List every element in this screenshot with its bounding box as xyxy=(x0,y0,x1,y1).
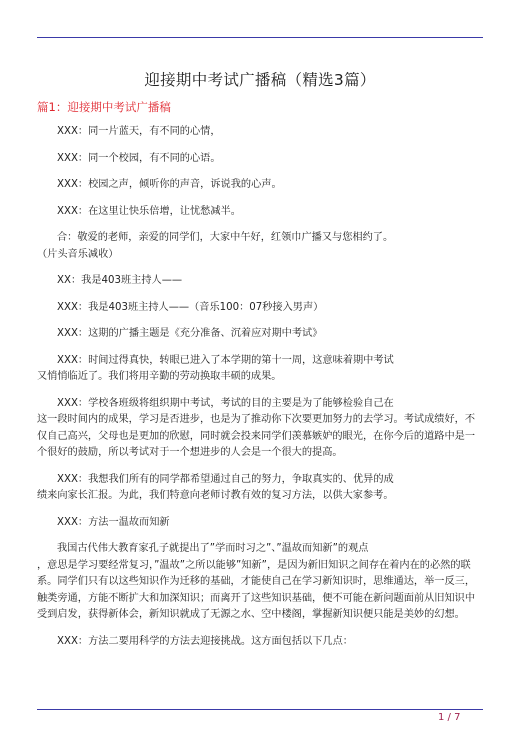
paragraph: XX：我是403班主持人—— xyxy=(37,273,484,290)
paragraph: XXX：同一片蓝天，有不同的心情， xyxy=(37,124,484,141)
paragraph: XXX：时间过得真快，转眼已进入了本学期的第十一周，这意味着期中考试 又悄悄临近… xyxy=(37,353,484,386)
footer-rule xyxy=(37,709,483,710)
header-rule xyxy=(37,37,483,38)
paragraph: XXX：校园之声，倾听你的声音，诉说我的心声。 xyxy=(37,177,484,194)
section-heading: 篇1：迎接期中考试广播稿 xyxy=(37,99,171,115)
document-body: XXX：同一片蓝天，有不同的心情， XXX：同一个校园，有不同的心语。 XXX：… xyxy=(37,124,484,660)
paragraph: 我国古代伟大教育家孔子就提出了”学而时习之”、”温故而知新”的观点 ，意思是学习… xyxy=(37,541,484,624)
paragraph: XXX：方法一温故而知新 xyxy=(37,515,484,532)
paragraph: XXX：在这里让快乐倍增，让忧愁减半。 xyxy=(37,204,484,221)
paragraph: XXX：这期的广播主题是《充分准备、沉着应对期中考试》 xyxy=(37,326,484,343)
paragraph: 合：敬爱的老师，亲爱的同学们，大家中午好，红领巾广播又与您相约了。 （片头音乐减… xyxy=(37,230,484,263)
document-title: 迎接期中考试广播稿（精选3篇） xyxy=(0,68,520,90)
paragraph: XXX：我想我们所有的同学都希望通过自己的努力，争取真实的、优异的成 绩来向家长… xyxy=(37,472,484,505)
paragraph: XXX：同一个校园，有不同的心语。 xyxy=(37,151,484,168)
paragraph: XXX：学校各班级将组织期中考试，考试的目的主要是为了能够检验自己在 这一段时间… xyxy=(37,396,484,462)
page-indicator: 1 / 7 xyxy=(438,712,460,723)
paragraph: XXX：方法二要用科学的方法去迎接挑战。这方面包括以下几点： xyxy=(37,634,484,651)
paragraph: XXX：我是403班主持人——（音乐100：07秒接入男声） xyxy=(37,300,484,317)
